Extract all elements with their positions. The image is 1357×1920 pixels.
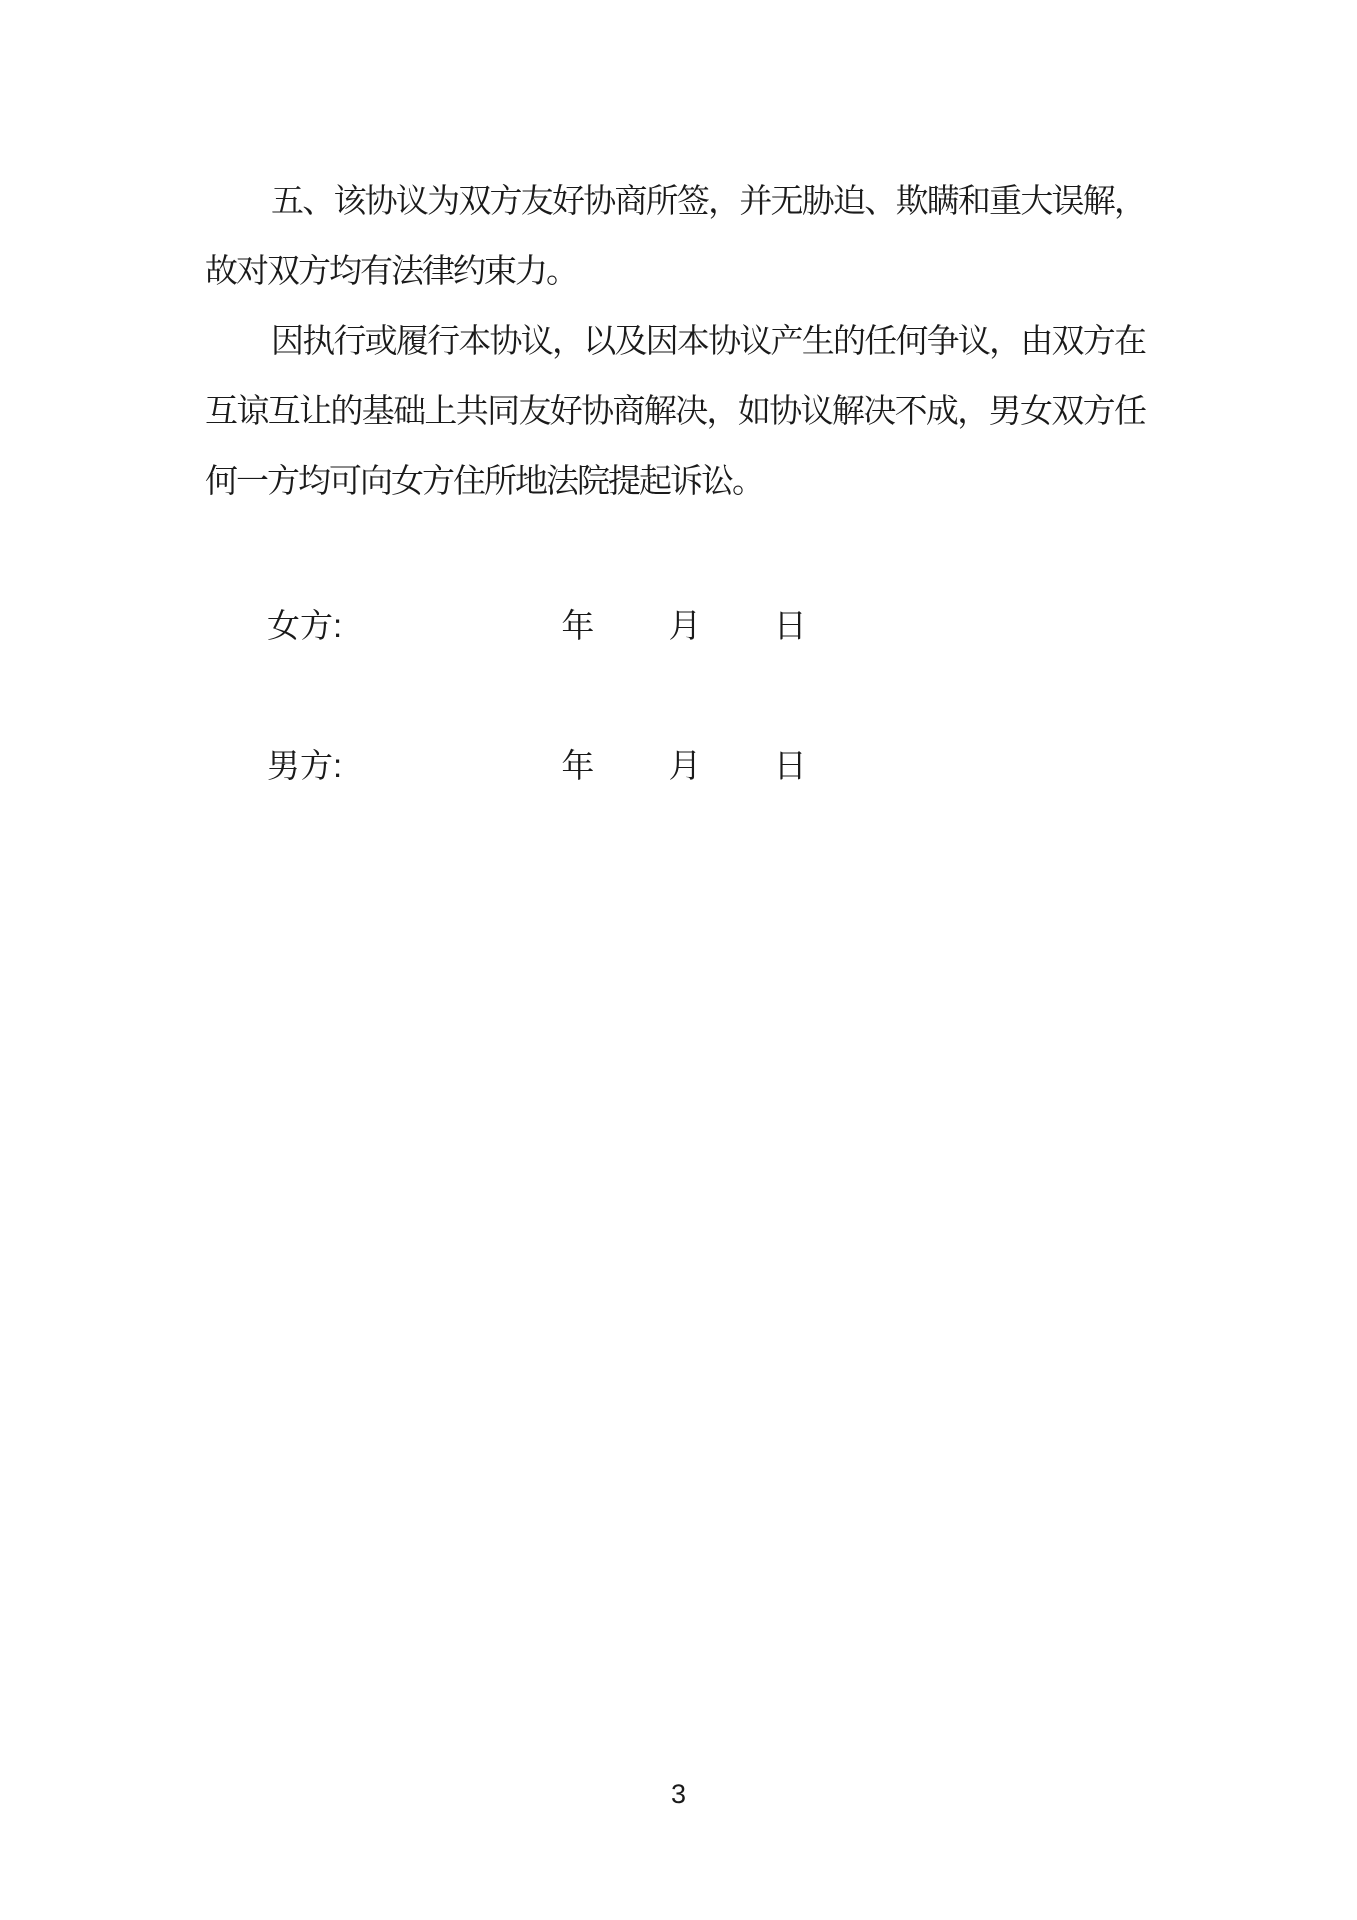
female-month-label: 月 (669, 591, 702, 661)
clause-five-paragraph: 五、该协议为双方友好协商所签，并无胁迫、欺瞒和重大误解，故对双方均有法律约束力。 (205, 166, 1145, 306)
dispute-resolution-paragraph: 因执行或履行本协议，以及因本协议产生的任何争议，由双方在互谅互让的基础上共同友好… (205, 306, 1145, 516)
male-day-label: 日 (774, 731, 807, 801)
female-day-label: 日 (774, 591, 807, 661)
signature-row-female: 女方: 年 月 日 (205, 591, 1145, 661)
document-body: 五、该协议为双方友好协商所签，并无胁迫、欺瞒和重大误解，故对双方均有法律约束力。… (205, 166, 1145, 801)
male-month-label: 月 (669, 731, 702, 801)
female-year-label: 年 (561, 591, 594, 661)
male-year-label: 年 (561, 731, 594, 801)
male-party-label: 男方: (267, 731, 342, 801)
signature-row-male: 男方: 年 月 日 (205, 731, 1145, 801)
female-party-label: 女方: (267, 591, 342, 661)
signature-block: 女方: 年 月 日 男方: 年 月 日 (205, 591, 1145, 801)
page-number: 3 (0, 1778, 1357, 1810)
document-page: 五、该协议为双方友好协商所签，并无胁迫、欺瞒和重大误解，故对双方均有法律约束力。… (0, 0, 1357, 1920)
